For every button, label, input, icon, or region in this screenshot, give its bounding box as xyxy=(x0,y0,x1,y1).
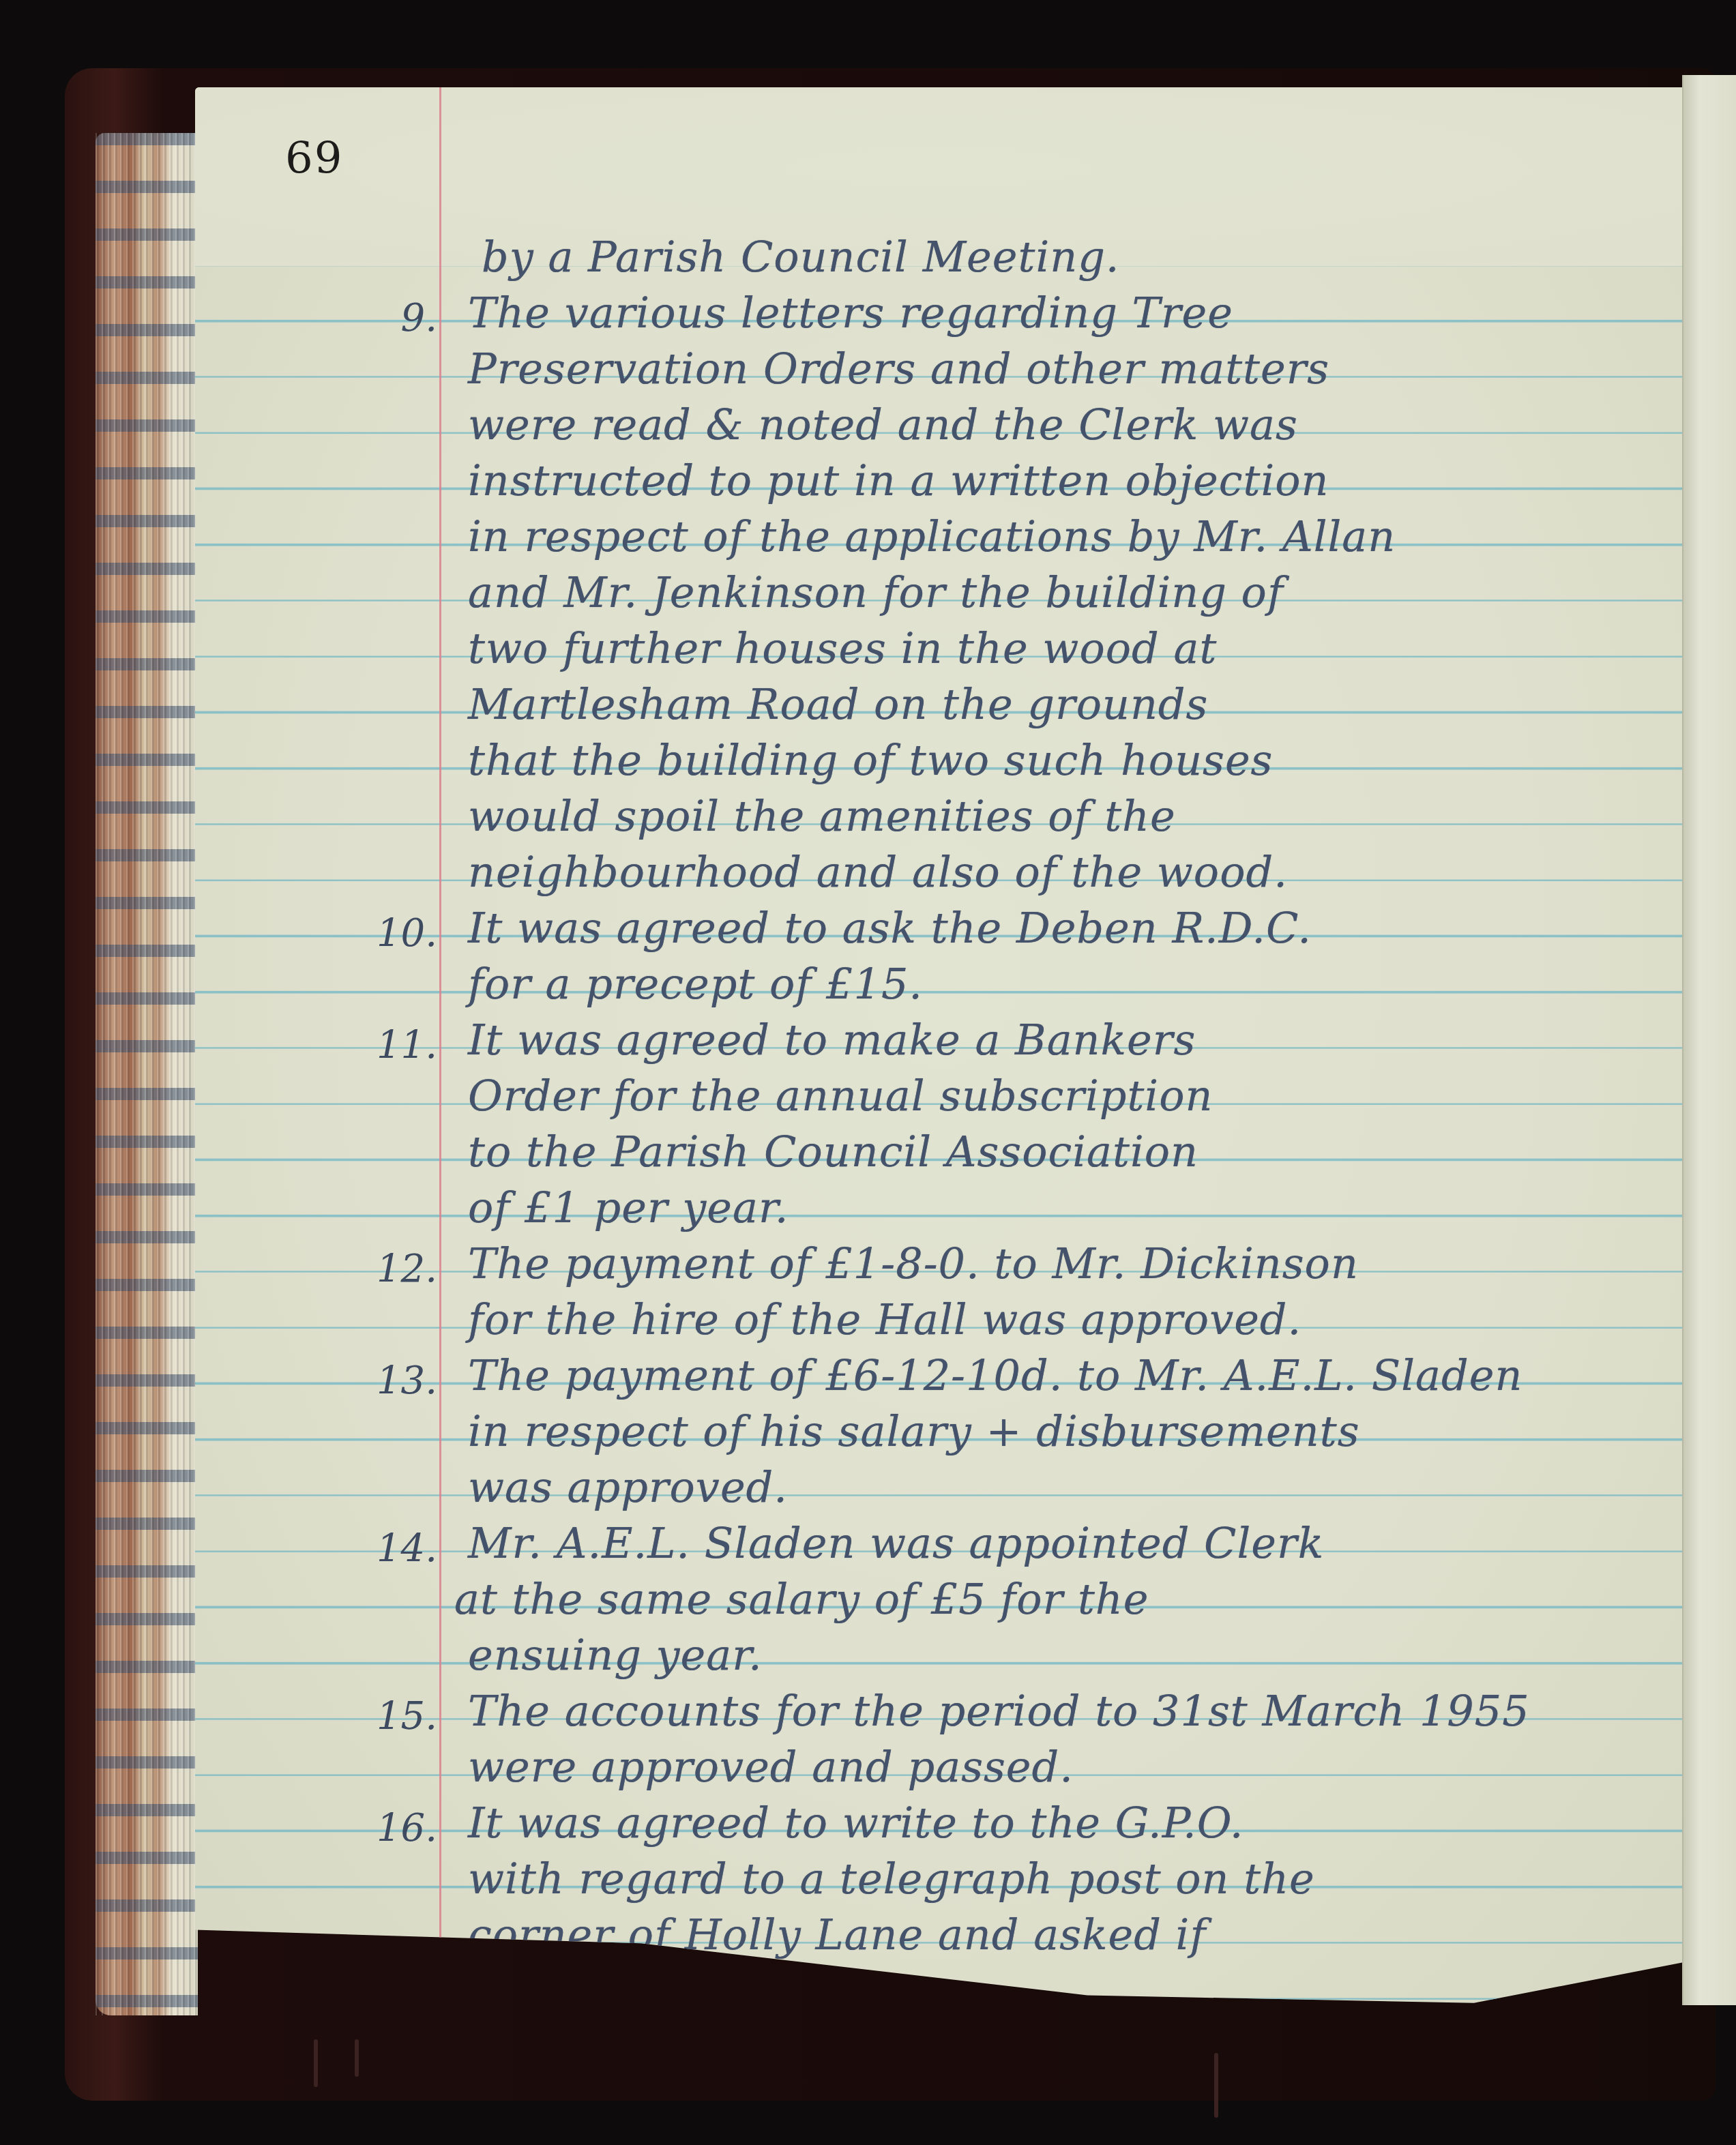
minutes-line: in respect of his salary + disbursements xyxy=(468,1404,1628,1460)
ribbon-tassel xyxy=(355,2039,359,2077)
minutes-line: The payment of £1-8-0. to Mr. Dickinson xyxy=(468,1236,1628,1292)
minutes-line: The payment of £6-12-10d. to Mr. A.E.L. … xyxy=(468,1348,1628,1404)
item-number: 15. xyxy=(366,1689,437,1745)
item-number xyxy=(366,850,437,906)
ribbon-tassel xyxy=(314,2039,318,2087)
item-number xyxy=(366,626,437,682)
minutes-line: ensuing year. xyxy=(468,1627,1628,1683)
item-number xyxy=(366,1633,437,1689)
minutes-line: were read & noted and the Clerk was xyxy=(468,397,1628,453)
item-number xyxy=(366,682,437,738)
facing-page-edge xyxy=(1682,75,1736,2005)
item-number: 14. xyxy=(366,1521,437,1577)
minutes-line: two further houses in the wood at xyxy=(468,621,1628,677)
minutes-line: It was agreed to make a Bankers xyxy=(468,1012,1628,1068)
item-number xyxy=(366,346,437,402)
ribbon-tassel xyxy=(1214,2053,1218,2118)
item-number xyxy=(366,402,437,458)
minutes-line: that the building of two such houses xyxy=(468,733,1628,788)
item-number: 10. xyxy=(366,906,437,962)
minutes-line: for the hire of the Hall was approved. xyxy=(468,1292,1628,1348)
item-number xyxy=(366,1409,437,1465)
minutes-line: It was agreed to ask the Deben R.D.C. xyxy=(468,900,1628,956)
item-number xyxy=(366,1577,437,1633)
minutes-line: by a Parish Council Meeting. xyxy=(482,229,1628,285)
minutes-line: The accounts for the period to 31st Marc… xyxy=(468,1683,1628,1739)
item-number: 11. xyxy=(366,1018,437,1074)
minutes-line: Order for the annual subscription xyxy=(468,1068,1628,1124)
item-number xyxy=(366,962,437,1018)
item-number xyxy=(366,458,437,514)
item-number xyxy=(366,794,437,850)
page-edge-stack xyxy=(95,133,198,2015)
item-number xyxy=(366,1129,437,1185)
item-number xyxy=(366,235,437,291)
item-number: 16. xyxy=(366,1801,437,1856)
minutes-line: to the Parish Council Association xyxy=(468,1124,1628,1180)
margin-line xyxy=(439,87,441,2011)
item-number xyxy=(366,570,437,626)
minutes-line: It was agreed to write to the G.P.O. xyxy=(468,1795,1628,1851)
item-number xyxy=(366,1185,437,1241)
item-number: 13. xyxy=(366,1353,437,1409)
item-number xyxy=(366,1745,437,1801)
minutes-line: was approved. xyxy=(468,1460,1628,1515)
minutes-line: were approved and passed. xyxy=(468,1739,1628,1795)
minutes-line: in respect of the applications by Mr. Al… xyxy=(468,509,1628,565)
minutes-line: neighbourhood and also of the wood. xyxy=(468,844,1628,900)
item-number: 12. xyxy=(366,1241,437,1297)
minutes-line: for a precept of £15. xyxy=(468,956,1628,1012)
page-number: 69 xyxy=(285,134,343,184)
minutes-line: would spoil the amenities of the xyxy=(468,788,1628,844)
minutes-line: Martlesham Road on the grounds xyxy=(468,677,1628,733)
minutes-line: with regard to a telegraph post on the xyxy=(468,1851,1628,1907)
item-number xyxy=(366,1465,437,1521)
minutes-line: Mr. A.E.L. Sladen was appointed Clerk xyxy=(468,1515,1628,1571)
minutes-line: and Mr. Jenkinson for the building of xyxy=(468,565,1628,621)
minutes-line: at the same salary of £5 for the xyxy=(454,1571,1628,1627)
item-number xyxy=(366,1297,437,1353)
item-number xyxy=(366,1856,437,1912)
minutes-line: instructed to put in a written objection xyxy=(468,453,1628,509)
item-number: 9. xyxy=(366,291,437,346)
item-number xyxy=(366,514,437,570)
minutes-line: Preservation Orders and other matters xyxy=(468,341,1628,397)
minute-book-page: 69 by a Parish Council Meeting. 9. The v… xyxy=(195,87,1682,2011)
item-number xyxy=(366,738,437,794)
minutes-line: of £1 per year. xyxy=(468,1180,1628,1236)
item-number xyxy=(366,1074,437,1129)
minutes-line: The various letters regarding Tree xyxy=(468,285,1628,341)
